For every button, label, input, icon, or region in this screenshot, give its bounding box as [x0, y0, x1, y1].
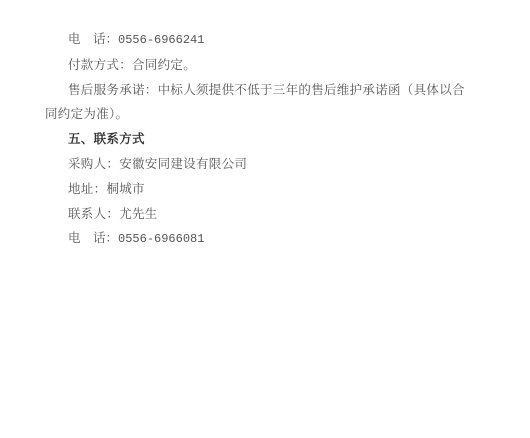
phone-value: 0556-6966241 — [118, 33, 204, 47]
purchaser-label: 采购人： — [68, 156, 119, 171]
phone-value: 0556-6966081 — [118, 232, 204, 246]
payment-label: 付款方式： — [68, 57, 132, 72]
address-value: 桐城市 — [106, 181, 144, 196]
contact-person-line: 联系人：尤先生 — [45, 202, 475, 227]
purchaser-line: 采购人：安徽安同建设有限公司 — [45, 152, 475, 177]
address-label: 地址： — [68, 181, 106, 196]
contact-phone-line: 电 话：0556-6966081 — [45, 226, 475, 252]
payment-value: 合同约定。 — [132, 57, 196, 72]
address-line: 地址：桐城市 — [45, 177, 475, 202]
after-sales-line: 售后服务承诺：中标人须提供不低于三年的售后维护承诺函（具体以合同约定为准）。 — [45, 78, 475, 128]
contact-person-label: 联系人： — [68, 206, 119, 221]
contact-person-value: 尤先生 — [119, 206, 157, 221]
phone-label: 电 话： — [68, 31, 118, 46]
purchaser-value: 安徽安同建设有限公司 — [119, 156, 247, 171]
section-heading-contact: 五、联系方式 — [45, 127, 475, 152]
tender-phone-line: 电 话：0556-6966241 — [45, 27, 475, 53]
after-sales-label: 售后服务承诺： — [68, 82, 158, 97]
phone-label: 电 话： — [68, 230, 118, 245]
document-body: 电 话：0556-6966241 付款方式：合同约定。 售后服务承诺：中标人须提… — [45, 27, 475, 252]
payment-line: 付款方式：合同约定。 — [45, 53, 475, 78]
